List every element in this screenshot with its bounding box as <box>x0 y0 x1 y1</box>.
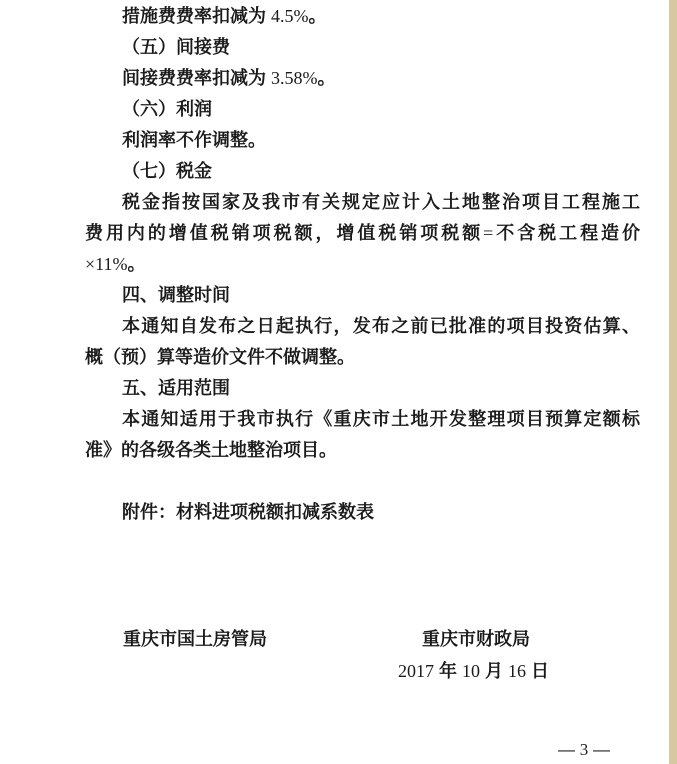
document-page: { "page": { "background": "#ffffff", "sc… <box>0 0 677 764</box>
body-line: 税金指按国家及我市有关规定应计入土地整治项目工程施工 <box>85 187 640 218</box>
body-line: 准》的各级各类土地整治项目。 <box>85 435 640 466</box>
subsection-heading: （七）税金 <box>85 156 640 187</box>
body-line: 本通知适用于我市执行《重庆市土地开发整理项目预算定额标 <box>85 404 640 435</box>
scan-edge <box>669 0 677 764</box>
body-line: 概（预）算等造价文件不做调整。 <box>85 342 640 373</box>
attachment-note: 附件：材料进项税额扣减系数表 <box>85 497 640 528</box>
section-heading: 五、适用范围 <box>85 373 640 404</box>
page-number: — 3 — <box>558 740 610 760</box>
body-line: 利润率不作调整。 <box>85 125 640 156</box>
section-heading: 四、调整时间 <box>85 280 640 311</box>
blank-line <box>85 466 640 497</box>
signature-left-org: 重庆市国土房管局 <box>123 629 267 649</box>
body-line: 措施费费率扣减为 4.5%。 <box>85 1 640 32</box>
body-line: ×11%。 <box>85 249 640 280</box>
signature-right-org: 重庆市财政局 <box>422 629 530 649</box>
body-line: 费用内的增值税销项税额，增值税销项税额=不含税工程造价 <box>85 218 640 249</box>
subsection-heading: （六）利润 <box>85 94 640 125</box>
subsection-heading: （五）间接费 <box>85 32 640 63</box>
body-line: 间接费费率扣减为 3.58%。 <box>85 63 640 94</box>
document-body: 措施费费率扣减为 4.5%。 （五）间接费 间接费费率扣减为 3.58%。 （六… <box>85 1 640 528</box>
body-line: 本通知自发布之日起执行，发布之前已批准的项目投资估算、 <box>85 311 640 342</box>
signature-date: 2017 年 10 月 16 日 <box>398 661 549 681</box>
